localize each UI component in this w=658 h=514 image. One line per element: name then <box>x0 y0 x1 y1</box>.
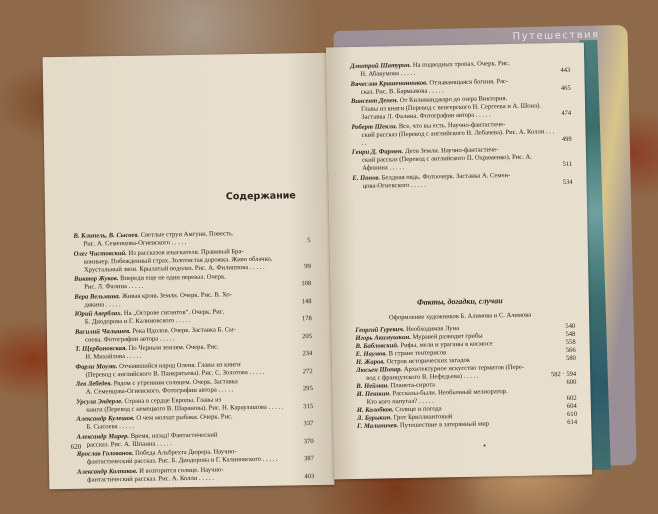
entry-title: Из рассказов изыскателя. Правивый Бра- <box>127 248 244 257</box>
entry-title: Светлые струи Амгуни. Повесть. <box>139 230 234 238</box>
entry-page-number: 205 <box>302 333 312 341</box>
entry-page-number: 148 <box>302 298 312 306</box>
entry-title: Время, назад! Фантастический <box>129 431 218 439</box>
entry-page-number: 234 <box>302 350 312 358</box>
entry-author: Виктор Жуков. <box>74 275 118 283</box>
toc-entry: Лев Лебедев. Рядом с утренним солнцем. О… <box>76 377 313 397</box>
entry-page-number: 474 <box>561 110 571 118</box>
entry-author: Винсент Депен. <box>351 97 398 105</box>
toc-entry: Роберт Шекли. Все, что вы есть. Научно-ф… <box>351 119 571 147</box>
toc-list-facts: Георгий Гуревич. Необходимая Луна540Игор… <box>355 323 577 431</box>
paper-speck <box>484 445 486 447</box>
entry-page-number: 315 <box>303 403 313 411</box>
toc-entry: Винсент Депен. От Килиманджаро до озера … <box>351 94 571 122</box>
entry-page-number: 566 <box>566 347 576 355</box>
entry-title: Архитектурное искусство термитов (Пере- <box>402 364 524 373</box>
entry-page-number: 558 <box>566 339 576 347</box>
entry-author: Генри Д. Фармен. <box>352 148 404 156</box>
entry-author: Игорь Акимушкин. <box>355 334 411 342</box>
entry-title: Муравей разводит грибы <box>411 333 483 341</box>
entry-title: Путешествие в затерянный мир <box>398 420 489 429</box>
entry-title: Грот Бриллиантовый <box>392 413 453 421</box>
entry-title: Отзывающаяся богиня. Рас- <box>428 78 509 87</box>
entry-page-number: 443 <box>560 67 570 75</box>
entry-title: На „Острове гигантов“. Очерк. Рис. <box>122 308 224 317</box>
toc-entry: Т. Щербиновская. По Черным землям. Очерк… <box>75 342 312 362</box>
toc-entry: Олег Чистовский. Из рассказов изыскателя… <box>74 247 311 275</box>
entry-page-number: 178 <box>302 315 312 323</box>
entry-page-number: 614 <box>567 419 577 427</box>
entry-author: В. Клипель, В. Сысоев. <box>73 232 139 240</box>
entry-author: Александр Мирер. <box>77 432 130 440</box>
entry-title: И возгорится солнце. Научно- <box>137 466 223 474</box>
toc-list-left: В. Клипель, В. Сысоев. Светлые струи Амг… <box>73 229 314 486</box>
entry-author: Т. Щербиновская. <box>75 345 127 353</box>
toc-entry: Александр Мирер. Время, назад! Фантастич… <box>77 430 314 450</box>
entry-author: Е. Наумов. <box>356 350 387 358</box>
entry-page-number: 580 <box>566 355 576 363</box>
entry-author: Ярослав Голованов. <box>77 450 134 458</box>
entry-author: И. Пешкин. <box>356 390 390 398</box>
entry-title: Отчаявшийся народ Оленя. Главы из книги <box>117 361 240 370</box>
entry-page-number: 295 <box>303 385 313 393</box>
entry-page-number: 499 <box>562 135 572 143</box>
entry-author: Олег Чистовский. <box>74 249 127 257</box>
right-page: Дмитрий Шатурин. На подводных тропах. Оч… <box>326 43 592 480</box>
entry-author: В. Бабловский. <box>356 342 399 350</box>
toc-entry: Ярослав Голованов. Победа Альбрехта Дюре… <box>77 447 314 467</box>
entry-page-number: 540 <box>565 323 575 331</box>
entry-page-number: 602 <box>567 395 577 403</box>
entry-author: Юрий Аверблах. <box>75 310 123 318</box>
entry-page-number: 465 <box>561 84 571 92</box>
entry-author: Урсула Эндерле. <box>76 398 123 406</box>
entry-continuation: конныер. Побежденный страх. Золотистая д… <box>74 255 295 274</box>
entry-author: Вячеслав Крашенинников. <box>351 79 428 87</box>
toc-entry: Генри Д. Фармен. Дети Земли. Научно-фант… <box>352 145 572 173</box>
section-title: Факты, догадки, случаи <box>331 295 589 309</box>
entry-page-number: 272 <box>303 368 313 376</box>
toc-entry: Фарли Моуэт. Отчаявшийся народ Оленя. Гл… <box>75 360 312 380</box>
entry-author: Л. Бурыкин. <box>357 414 392 422</box>
entry-author: И. Колобков. <box>357 406 394 414</box>
entry-author: Люсьен Шопар. <box>356 366 402 374</box>
page-number: 620 <box>71 443 82 451</box>
entry-author: Н. Жаров. <box>356 358 385 366</box>
entry-author: Фарли Моуэт. <box>75 363 117 371</box>
toc-entry: Вера Вельмина. Живая кровь Земли. Очерк.… <box>74 290 311 310</box>
left-page: Содержание В. Клипель, В. Сысоев. Светлы… <box>43 53 335 489</box>
entry-title: Впереди еще не один перевал. Очерк. <box>118 273 226 282</box>
section-subtitle: Оформление художников Б. Алимова и С. Ал… <box>331 311 589 323</box>
entry-author: Роберт Шекли. <box>351 123 397 131</box>
entry-page-number: 600 <box>566 379 576 387</box>
entry-continuation: ский рассказ (Перевод с английского Н. Л… <box>351 128 555 148</box>
entry-page-number: 387 <box>304 455 314 463</box>
toc-entry: Урсула Эндерле. Страна в сердце Европы. … <box>76 395 313 415</box>
entry-page-number: 604 <box>567 403 577 411</box>
toc-entry: Александр Колпаков. И возгорится солнце.… <box>77 465 314 485</box>
entry-author: Е. Попов. <box>352 174 380 182</box>
entry-title: Рассказы-были. Необычный мелиоратор. <box>391 388 508 397</box>
toc-entry: Виктор Жуков. Впереди еще не один перева… <box>74 272 311 292</box>
entry-page-number: 610 <box>567 411 577 419</box>
entry-author: Дмитрий Шатурин. <box>350 62 411 70</box>
entry-title: В стране тентерисов <box>387 349 446 357</box>
entry-author: Вера Вельмина. <box>74 293 120 301</box>
entry-page-number: 108 <box>301 280 311 288</box>
entry-title: Живая кровь Земли. Очерк. Рис. В. Хо- <box>120 291 232 300</box>
entry-title: Белдная пядь. Фотоочерк. Заставка А. Сем… <box>380 172 510 181</box>
entry-author: Лев Лебедев. <box>76 380 112 388</box>
entry-title: Солнце и погода <box>394 405 442 413</box>
entry-author: Василий Чалышев. <box>75 327 131 335</box>
entry-page-number: 403 <box>304 473 314 481</box>
entry-page-number: 511 <box>562 161 572 169</box>
entry-author: Георгий Гуревич. <box>355 326 404 334</box>
toc-entry: В. Клипель, В. Сысоев. Светлые струи Амг… <box>73 229 310 249</box>
toc-list-right: Дмитрий Шатурин. На подводных тропах. Оч… <box>350 59 572 192</box>
toc-entry: Е. Попов. Белдная пядь. Фотоочерк. Заста… <box>352 170 572 190</box>
entry-author: Г. Малиничев. <box>357 422 398 430</box>
entry-title: Страна в сердце Европы. Главы из <box>123 396 222 405</box>
entry-page-number: 534 <box>563 178 573 186</box>
entry-title: Необходимая Луна <box>404 325 459 333</box>
entry-page-number: 337 <box>303 420 313 428</box>
entry-title: Все, что вы есть. Научно-фантастиче- <box>397 121 505 130</box>
toc-heading: Содержание <box>226 190 296 202</box>
entry-title: Планета-сирота <box>389 381 435 389</box>
entry-page-number: 99 <box>304 263 311 271</box>
entry-title: По Черным землям. Очерк. Рис. <box>127 344 219 352</box>
entry-title: О чем молчат рыбаки. Очерк. Рис. <box>135 413 233 422</box>
entry-author: Александр Кулешов. <box>76 415 134 423</box>
entry-continuation: Главы из книги (Перевод с венгерского Н.… <box>351 102 555 122</box>
entry-author: В. Нейман. <box>356 382 389 390</box>
entry-page-number: 5 <box>307 237 310 245</box>
entry-page-number: 548 <box>565 331 575 339</box>
toc-entry: Александр Кулешов. О чем молчат рыбаки. … <box>76 412 313 432</box>
toc-entry: Василий Чалышев. Река Идолов. Очерк. Зас… <box>75 325 312 345</box>
toc-entry: Юрий Аверблах. На „Острове гигантов“. Оч… <box>75 307 312 327</box>
entry-title: Река Идолов. Очерк. Заставка Б. Сы- <box>131 326 236 335</box>
entry-page-number: 370 <box>304 438 314 446</box>
entry-author: Александр Колпаков. <box>77 467 138 475</box>
entry-title: На подводных тропах. Очерк. Рис. <box>411 60 510 69</box>
entry-continuation: ский рассказ (Перевод с английского П. О… <box>352 153 556 173</box>
